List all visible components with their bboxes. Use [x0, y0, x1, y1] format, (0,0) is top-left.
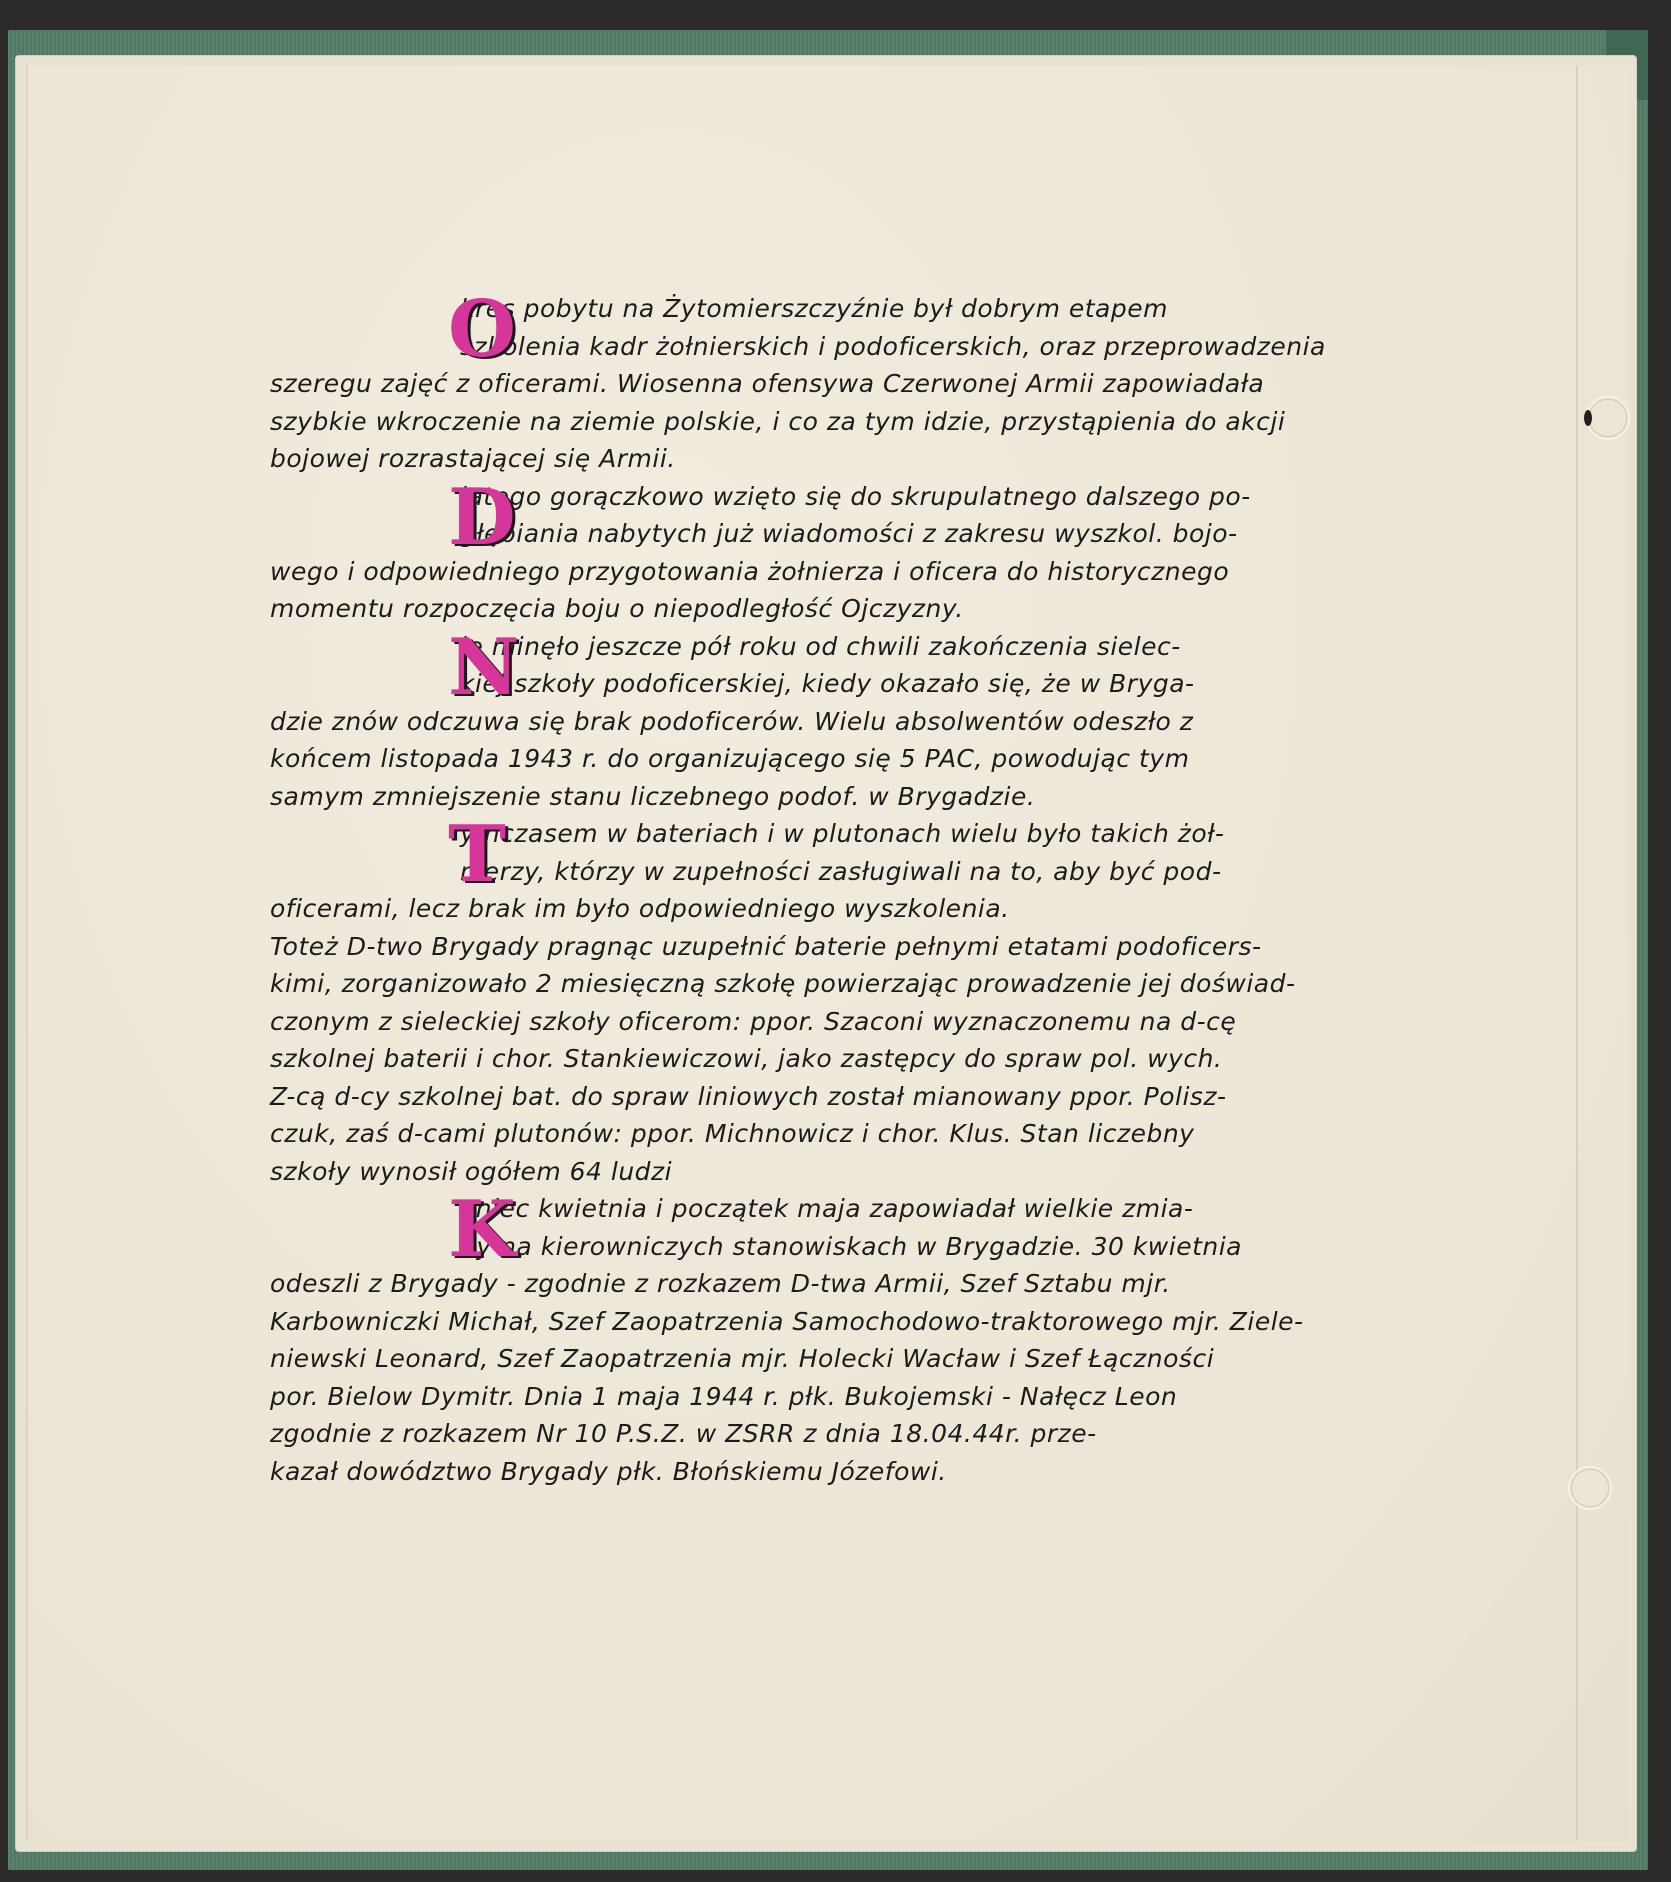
text-line: por. Bielow Dymitr. Dnia 1 maja 1944 r. … [270, 1378, 1470, 1416]
paragraph: Nie minęło jeszcze pół roku od chwili za… [270, 628, 1470, 816]
paragraph: Tymczasem w bateriach i w plutonach wiel… [270, 815, 1470, 1190]
punch-hole-bottom [1568, 1466, 1612, 1510]
drop-cap-initial: O [448, 292, 516, 368]
drop-cap-initial: T [448, 817, 507, 893]
handwritten-text: Okres pobytu na Żytomierszczyźnie był do… [270, 290, 1470, 1490]
text-line: szybkie wkroczenie na ziemie polskie, i … [270, 403, 1470, 441]
text-line: kimi, zorganizowało 2 miesięczną szkołę … [270, 965, 1470, 1003]
text-line: końcem listopada 1943 r. do organizujące… [270, 740, 1470, 778]
punch-hole-top [1586, 396, 1630, 440]
text-line: kazał dowództwo Brygady płk. Błońskiemu … [270, 1453, 1470, 1491]
paragraph: Dlatego gorączkowo wzięto się do skrupul… [270, 478, 1470, 628]
page-fold-line [1576, 66, 1578, 1841]
text-line: czuk, zaś d-cami plutonów: ppor. Michnow… [270, 1115, 1470, 1153]
text-line: szkolnej baterii i chor. Stankiewiczowi,… [270, 1040, 1470, 1078]
text-line: Toteż D-two Brygady pragnąc uzupełnić ba… [270, 928, 1470, 966]
paragraph: Koniec kwietnia i początek maja zapowiad… [270, 1190, 1470, 1490]
drop-cap-initial: K [448, 1192, 516, 1268]
text-line: czonym z sieleckiej szkoły oficerom: ppo… [270, 1003, 1470, 1041]
text-line: niewski Leonard, Szef Zaopatrzenia mjr. … [270, 1340, 1470, 1378]
drop-cap-initial: N [448, 630, 520, 706]
text-line: zgodnie z rozkazem Nr 10 P.S.Z. w ZSRR z… [270, 1415, 1470, 1453]
text-line: Z-cą d-cy szkolnej bat. do spraw liniowy… [270, 1078, 1470, 1116]
paragraph: Okres pobytu na Żytomierszczyźnie był do… [270, 290, 1470, 478]
drop-cap-initial: D [448, 480, 516, 556]
text-line: Karbowniczki Michał, Szef Zaopatrzenia S… [270, 1303, 1470, 1341]
